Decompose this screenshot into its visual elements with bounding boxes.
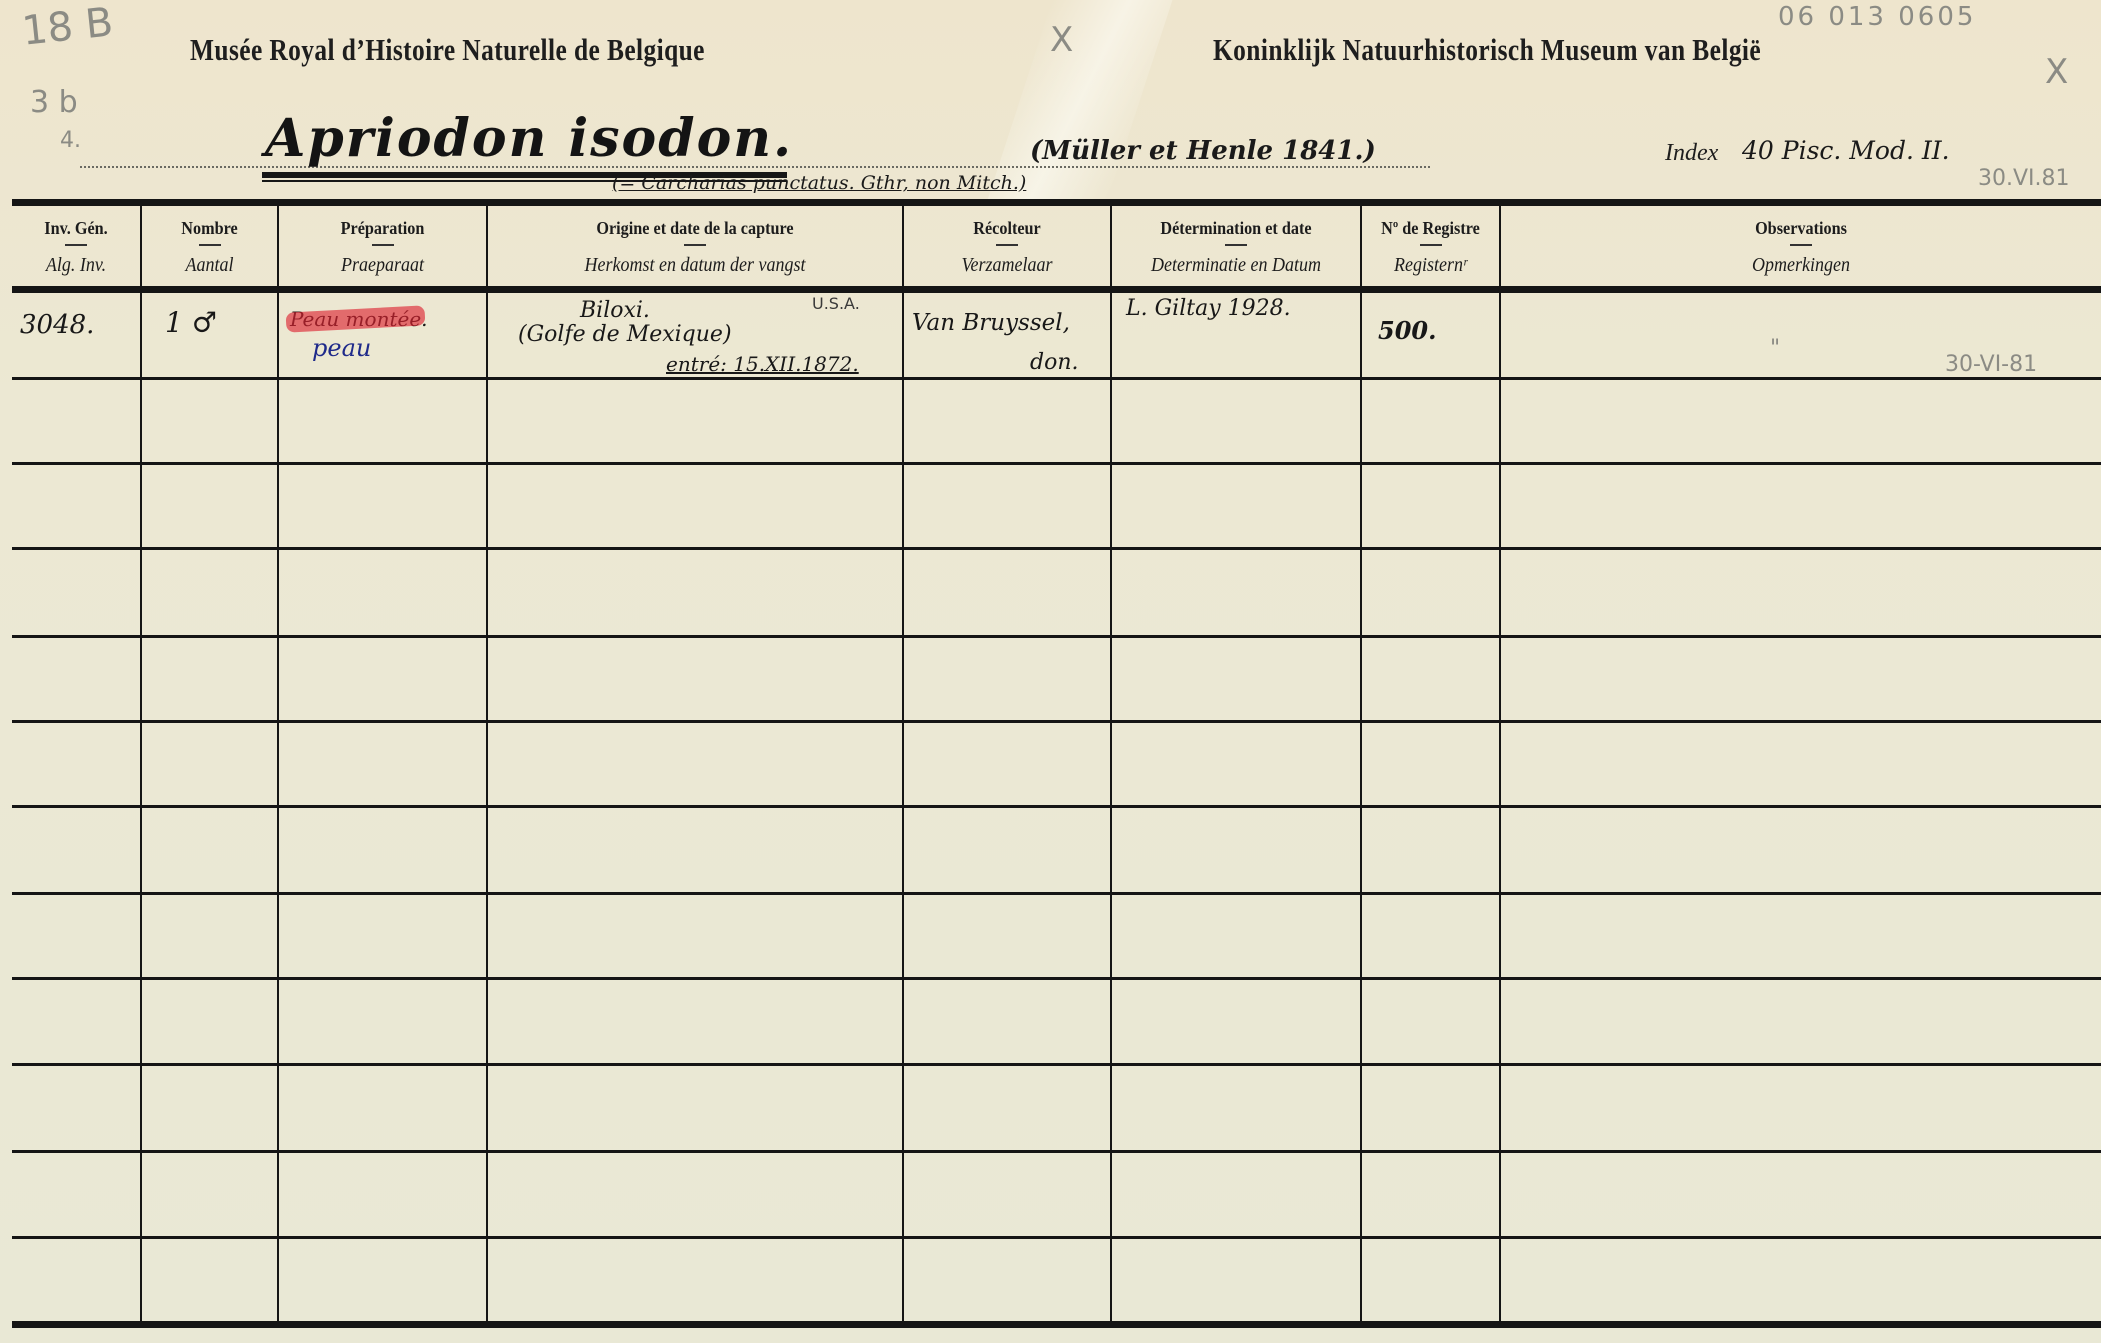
column-divider (1499, 206, 1501, 1321)
cell-recolteur-line2: don. (1030, 350, 1079, 375)
pencil-x-mark: X (1050, 20, 1073, 60)
column-header-preparation: PréparationPraeparaat (279, 212, 486, 290)
taxon-name: Apriodon isodon. (265, 108, 793, 169)
column-header-recolteur: RécolteurVerzamelaar (904, 212, 1110, 290)
row-rule (12, 547, 2101, 550)
column-header-registre: Nº de RegistreRegisternʳ (1362, 212, 1499, 290)
column-header-observations: ObservationsOpmerkingen (1501, 212, 2101, 290)
column-header-inv-gen: Inv. Gén.Alg. Inv. (12, 212, 140, 290)
pencil-note: 4. (60, 128, 81, 153)
row-rule (12, 1236, 2101, 1239)
cell-observations-ditto: " (1770, 336, 1780, 361)
table-bottom-rule (12, 1321, 2101, 1328)
column-header-nombre: NombreAantal (142, 212, 277, 290)
museum-name-dutch: Koninklijk Natuurhistorisch Museum van B… (1213, 32, 1761, 68)
column-divider (902, 206, 904, 1321)
column-header-determination: Détermination et dateDeterminatie en Dat… (1112, 212, 1360, 290)
column-divider (1360, 206, 1362, 1321)
museum-name-french: Musée Royal d’Histoire Naturelle de Belg… (190, 32, 705, 68)
index-label: Index (1665, 140, 1718, 167)
row-rule (12, 805, 2101, 808)
specimen-index-card: Musée Royal d’Histoire Naturelle de Belg… (0, 0, 2101, 1343)
row-rule (12, 462, 2101, 465)
cell-origine-line1: Biloxi. (580, 298, 650, 323)
light-glare (988, 0, 1173, 200)
column-divider (1110, 206, 1112, 1321)
cell-origine-line3: entré: 15.XII.1872. (666, 352, 859, 376)
row-rule (12, 635, 2101, 638)
cell-inv-gen: 3048. (20, 310, 94, 340)
taxon-author: (Müller et Henle 1841.) (1030, 136, 1376, 166)
cell-preparation: peau (312, 334, 371, 362)
row-rule (12, 1150, 2101, 1153)
cell-origine-line2: (Golfe de Mexique) (518, 322, 732, 347)
row-rule (12, 892, 2101, 895)
pencil-note: 18 B (20, 0, 115, 55)
table-top-rule (12, 199, 2101, 206)
column-divider (486, 206, 488, 1321)
taxon-synonym: (= Carcharias punctatus. Gthr, non Mitch… (612, 172, 1026, 194)
row-rule (12, 977, 2101, 980)
cell-origine-country: U.S.A. (812, 294, 860, 313)
cell-determination: L. Giltay 1928. (1126, 296, 1291, 321)
cell-preparation-struck: Peau montée. (290, 307, 428, 331)
cell-recolteur-line1: Van Bruyssel, (912, 310, 1070, 336)
column-divider (140, 206, 142, 1321)
pencil-date: 30.VI.81 (1978, 166, 2070, 191)
cell-nombre: 1 ♂ (165, 306, 217, 339)
row-rule (12, 377, 2101, 380)
pencil-x-mark: X (2045, 52, 2068, 92)
cell-registre: 500. (1378, 316, 1436, 345)
row-rule (12, 720, 2101, 723)
cell-observations-date: 30-VI-81 (1945, 352, 2037, 377)
catalog-number: 06 013 0605 (1778, 2, 1976, 32)
column-divider (277, 206, 279, 1321)
index-value: 40 Pisc. Mod. II. (1742, 136, 1950, 165)
pencil-note: 3 b (30, 85, 78, 120)
row-rule (12, 1063, 2101, 1066)
column-header-origine: Origine et date de la captureHerkomst en… (488, 212, 902, 290)
